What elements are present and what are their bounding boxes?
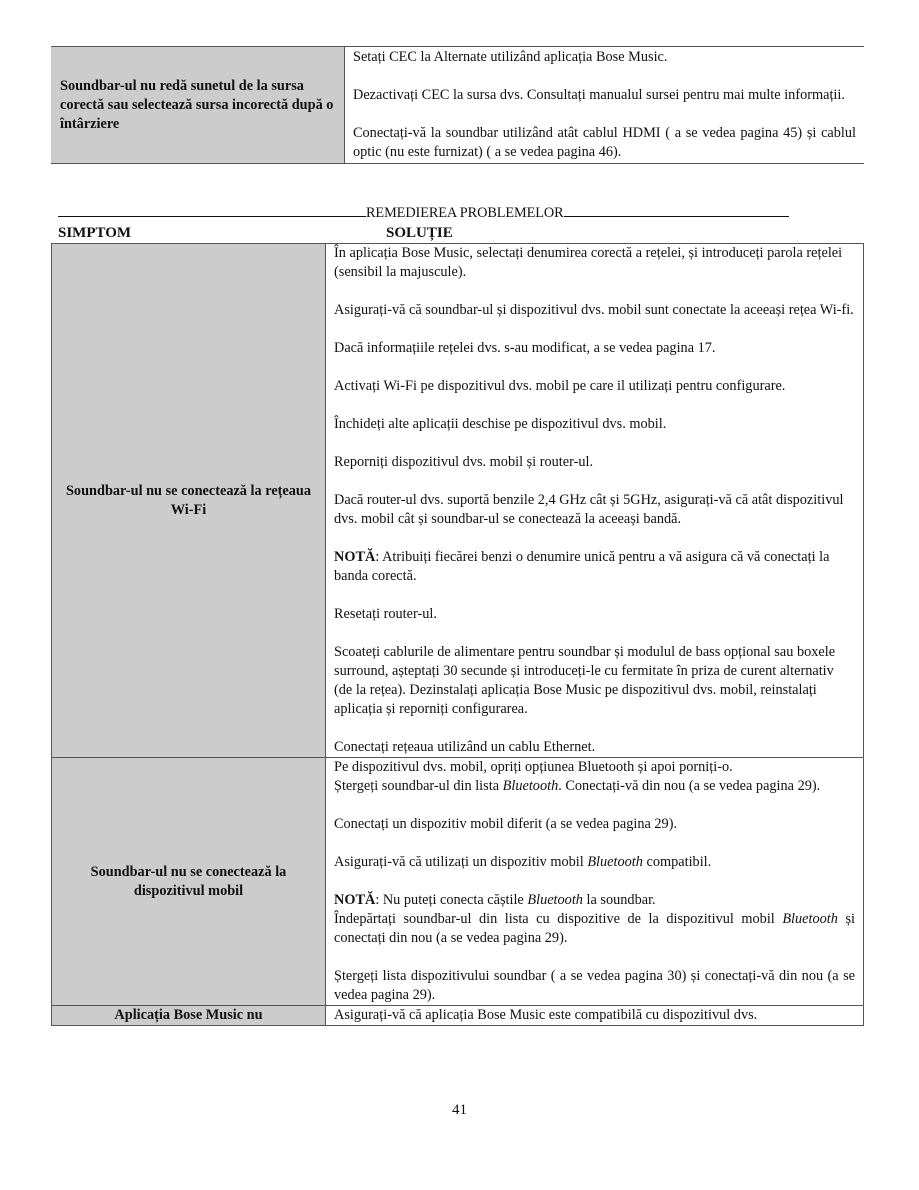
solution-item: Conectați un dispozitiv mobil diferit (a… (334, 815, 855, 834)
document-page: Soundbar-ul nu redă sunetul de la sursa … (0, 0, 919, 1190)
solution-item: În aplicația Bose Music, selectați denum… (334, 244, 855, 282)
solution-item: Reporniți dispozitivul dvs. mobil și rou… (334, 453, 855, 472)
solution-item: Închideți alte aplicații deschise pe dis… (334, 415, 855, 434)
troubleshooting-table: Soundbar-ul nu se conectează la rețeaua … (51, 243, 864, 1026)
solution-item: Scoateți cablurile de alimentare pentru … (334, 643, 855, 719)
solution-item: Asigurați-vă că utilizați un dispozitiv … (334, 853, 855, 872)
column-header-solution: SOLUȚIE (386, 224, 453, 243)
heading-rule-left (58, 204, 366, 217)
bluetooth-term: Bluetooth (503, 778, 559, 794)
note-text: : Atribuiți fiecărei benzi o denumire un… (334, 549, 829, 584)
column-header-symptom: SIMPTOM (58, 224, 131, 243)
text-run: Îndepărtați soundbar-ul din lista cu dis… (334, 911, 782, 927)
text-run: Ștergeți soundbar-ul din lista (334, 778, 503, 794)
symptom-cell: Soundbar-ul nu se conectează la rețeaua … (52, 244, 326, 757)
symptom-text: Aplicația Bose Music nu (114, 1006, 262, 1025)
solution-cell: În aplicația Bose Music, selectați denum… (326, 244, 863, 757)
solution-item: Conectați rețeaua utilizând un cablu Eth… (334, 738, 855, 757)
text-run: Asigurați-vă că utilizați un dispozitiv … (334, 854, 587, 870)
bluetooth-term: Bluetooth (782, 911, 838, 927)
symptom-cell: Soundbar-ul nu redă sunetul de la sursa … (51, 47, 345, 163)
section-heading: REMEDIEREA PROBLEMELOR (58, 204, 848, 223)
note-label: NOTĂ (334, 549, 375, 565)
symptom-cell: Soundbar-ul nu se conectează la dispozit… (52, 758, 326, 1005)
solution-cell: Asigurați-vă că aplicația Bose Music est… (326, 1006, 863, 1025)
solution-item: Resetați router-ul. (334, 605, 855, 624)
bluetooth-term: Bluetooth (527, 892, 583, 908)
solution-cell: Pe dispozitivul dvs. mobil, opriți opțiu… (326, 758, 863, 1005)
solution-item: Ștergeți soundbar-ul din lista Bluetooth… (334, 777, 855, 796)
solution-item: Asigurați-vă că soundbar-ul și dispoziti… (334, 301, 855, 320)
symptom-text: Soundbar-ul nu redă sunetul de la sursa … (60, 77, 344, 134)
symptom-cell: Aplicația Bose Music nu (52, 1006, 326, 1025)
note-label: NOTĂ (334, 892, 375, 908)
troubleshooting-table-continued: Soundbar-ul nu redă sunetul de la sursa … (51, 46, 864, 164)
solution-cell: Setați CEC la Alternate utilizând aplica… (345, 47, 864, 163)
solution-item: Ștergeți lista dispozitivului soundbar (… (334, 967, 855, 1005)
solution-item: Asigurați-vă că aplicația Bose Music est… (334, 1006, 855, 1025)
solution-item: Dezactivați CEC la sursa dvs. Consultați… (353, 86, 856, 105)
page-number: 41 (0, 1101, 919, 1120)
solution-item: Dacă informațiile rețelei dvs. s-au modi… (334, 339, 855, 358)
text-run: . Conectați-vă din nou (a se vedea pagin… (558, 778, 820, 794)
symptom-text: Soundbar-ul nu se conectează la rețeaua … (60, 482, 317, 520)
table-row: Aplicația Bose Music nu Asigurați-vă că … (52, 1005, 863, 1025)
solution-item: Pe dispozitivul dvs. mobil, opriți opțiu… (334, 758, 855, 777)
bluetooth-term: Bluetooth (587, 854, 643, 870)
solution-item: Conectați-vă la soundbar utilizând atât … (353, 124, 856, 162)
solution-item: Îndepărtați soundbar-ul din lista cu dis… (334, 910, 855, 948)
solution-item: Setați CEC la Alternate utilizând aplica… (353, 48, 856, 67)
text-run: : Nu puteți conecta căștile (375, 892, 527, 908)
symptom-text: Soundbar-ul nu se conectează la dispozit… (60, 863, 317, 901)
solution-item: Activați Wi-Fi pe dispozitivul dvs. mobi… (334, 377, 855, 396)
section-title: REMEDIEREA PROBLEMELOR (366, 205, 564, 221)
solution-item: Dacă router-ul dvs. suportă benzile 2,4 … (334, 491, 855, 529)
note-item: NOTĂ: Atribuiți fiecărei benzi o denumir… (334, 548, 855, 586)
text-run: la soundbar. (583, 892, 656, 908)
table-row: Soundbar-ul nu se conectează la rețeaua … (52, 244, 863, 757)
table-row: Soundbar-ul nu se conectează la dispozit… (52, 757, 863, 1005)
text-run: compatibil. (643, 854, 711, 870)
heading-rule-right (564, 204, 789, 217)
note-item: NOTĂ: Nu puteți conecta căștile Bluetoot… (334, 891, 855, 910)
